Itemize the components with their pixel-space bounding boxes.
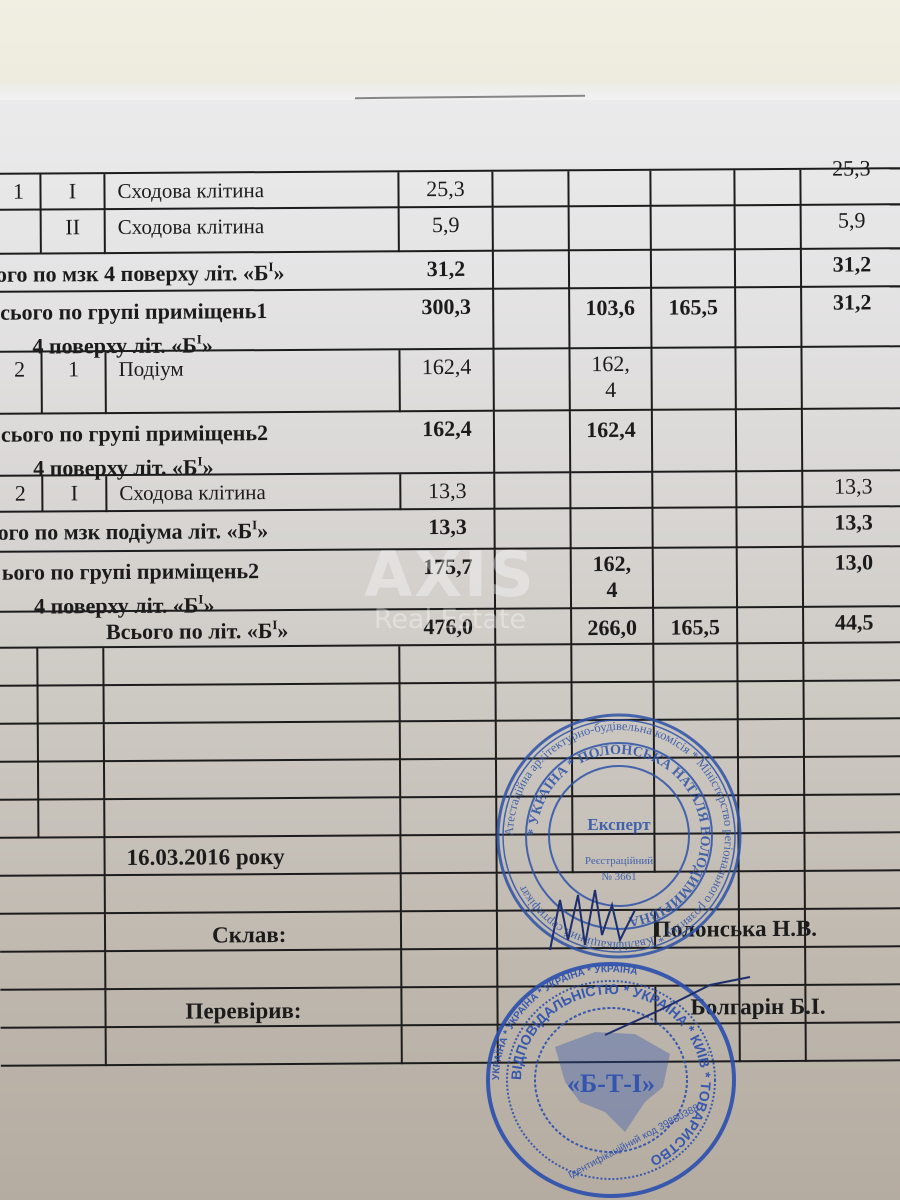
table-cell-border <box>653 683 655 721</box>
table-cell-border <box>571 797 573 835</box>
table-cell-border <box>492 252 494 290</box>
area-col-main: 162,4 <box>571 417 651 443</box>
area-total: 31,2 <box>400 256 492 283</box>
checked-name: Болгарін Б.І. <box>690 994 825 1021</box>
area-col-stair: 25,3 <box>801 155 900 182</box>
room-name: Сходова клітина <box>118 214 265 240</box>
table-cell-border <box>650 251 652 289</box>
summary-label-line1: сього по групі приміщень1 <box>0 296 394 326</box>
area-col-aux: 165,5 <box>652 294 734 321</box>
table-row: 21Подіум162,4162,4 <box>0 345 900 415</box>
room-name: Подіум <box>119 357 184 382</box>
area-total: 162,4 <box>400 354 492 381</box>
group-number: 1 <box>0 179 40 205</box>
table-cell-border <box>494 610 496 646</box>
table-cell-border <box>103 838 105 876</box>
table-cell-border <box>734 288 736 348</box>
table-cell-border <box>495 760 497 798</box>
table-cell-border <box>805 1024 807 1062</box>
table-cell-border <box>649 171 651 207</box>
area-total: 13,3 <box>401 478 493 505</box>
table-cell-border <box>803 682 805 720</box>
table-cell-border <box>653 797 655 835</box>
table-cell-border <box>399 722 401 760</box>
table-cell-border <box>734 348 736 410</box>
table-cell-border <box>734 206 736 250</box>
table-cell-border <box>569 473 571 509</box>
table-cell-border <box>735 410 737 472</box>
table-cell-border <box>652 645 654 683</box>
table-cell-border <box>400 912 402 950</box>
area-col-stair: 31,2 <box>802 251 900 278</box>
table-cell-border <box>654 987 656 1025</box>
table-cell-border <box>103 686 105 724</box>
table-cell-border <box>738 948 740 986</box>
table-cell-border <box>737 682 739 720</box>
table-cell-border <box>493 412 495 474</box>
table-cell-border <box>496 988 498 1026</box>
table-cell-border <box>103 724 105 762</box>
table-cell-border <box>571 835 573 873</box>
table-cell-border <box>496 912 498 950</box>
room-number: I <box>41 178 103 204</box>
table-cell-border <box>495 836 497 874</box>
table-cell-border <box>803 720 805 758</box>
table-cell-border <box>493 510 495 550</box>
compiled-label: Склав: <box>212 922 287 948</box>
table-cell-border <box>105 1028 107 1066</box>
table-cell-border <box>492 350 494 412</box>
table-cell-border <box>495 684 497 722</box>
area-col-main-line1: 162, <box>570 351 650 377</box>
table-cell-border <box>37 801 39 839</box>
area-total: 25,3 <box>399 176 491 203</box>
area-total: 476,0 <box>402 614 494 641</box>
table-cell-border <box>735 508 737 548</box>
table-cell-border <box>803 834 805 872</box>
summary-label-line1: ього по групі приміщень2 <box>0 556 396 586</box>
table-cell-border <box>652 549 654 609</box>
table-cell-border <box>399 684 401 722</box>
area-col-main-line2: 4 <box>572 577 652 603</box>
table-cell-border <box>495 798 497 836</box>
table-cell-border <box>650 207 652 251</box>
room-name: Сходова клітина <box>119 480 266 506</box>
area-total: 5,9 <box>400 212 492 239</box>
summary-label: ого по мзк 4 поверху літ. «БI» <box>0 258 394 287</box>
table-cell-border <box>650 349 652 411</box>
group-number: 2 <box>0 356 41 382</box>
area-col-stair: 13,3 <box>803 509 900 536</box>
table-cell-border <box>104 952 106 990</box>
table-cell-border <box>737 758 739 796</box>
table-cell-border <box>734 250 736 288</box>
table-cell-border <box>104 352 106 414</box>
area-table: 1IСходова клітина25,325,3IIСходова кліти… <box>0 167 900 173</box>
table-cell-border <box>400 988 402 1026</box>
table-cell-border <box>739 1024 741 1062</box>
table-cell-border <box>399 798 401 836</box>
table-cell-border <box>737 796 739 834</box>
table-cell-border <box>801 410 803 472</box>
table-cell-border <box>104 914 106 952</box>
table-cell-border <box>802 644 804 682</box>
area-col-stair: 31,2 <box>802 289 900 316</box>
checked-label: Перевірив: <box>185 998 301 1025</box>
footer-date: 16.03.2016 року <box>126 844 284 871</box>
table-cell-border <box>102 648 104 686</box>
compiled-name: Полонська Н.В. <box>653 916 817 943</box>
area-col-main: 103,6 <box>570 295 650 321</box>
table-cell-border <box>804 948 806 986</box>
table-cell-border <box>494 646 496 684</box>
area-col-stair: 13,0 <box>804 549 900 576</box>
table-cell-border <box>568 251 570 289</box>
table-row: сього по групі приміщень14 поверху літ. … <box>0 285 900 353</box>
summary-label-line1: сього по групі приміщень2 <box>0 418 395 448</box>
table-cell-border <box>736 608 738 644</box>
area-col-main-line1: 162, <box>572 551 652 577</box>
table-row: IIСходова клітина5,95,9 <box>0 203 900 255</box>
table-row: сього по групі приміщень24 поверху літ. … <box>0 407 900 477</box>
table-cell-border <box>37 687 39 725</box>
table-cell-border <box>36 649 38 687</box>
area-total: 162,4 <box>401 416 493 443</box>
table-cell-border <box>104 210 106 254</box>
table-cell-border <box>496 874 498 912</box>
table-cell-border <box>496 950 498 988</box>
area-total: 13,3 <box>401 514 493 541</box>
table-cell-border <box>497 1026 499 1064</box>
table-cell-border <box>651 509 653 549</box>
area-col-main: 266,0 <box>572 615 652 641</box>
group-number: 2 <box>0 480 41 506</box>
table-cell-border <box>400 950 402 988</box>
area-col-aux: 165,5 <box>654 614 736 641</box>
table-cell-border <box>398 646 400 684</box>
table-cell-border <box>567 171 569 207</box>
table-cell-border <box>495 722 497 760</box>
table-cell-border <box>738 872 740 910</box>
table-cell-border <box>653 759 655 797</box>
table-cell-border <box>105 476 107 512</box>
room-name: Сходова клітина <box>117 178 264 204</box>
table-cell-border <box>736 548 738 608</box>
table-cell-border <box>492 208 494 252</box>
table-cell-border <box>651 473 653 509</box>
table-cell-border <box>399 836 401 874</box>
table-cell-border <box>104 990 106 1028</box>
room-number: II <box>42 214 104 240</box>
table-cell-border <box>736 644 738 682</box>
area-col-stair: 5,9 <box>802 207 900 234</box>
table-cell-border <box>735 472 737 508</box>
table-cell-border <box>570 645 572 683</box>
table-cell-border <box>804 872 806 910</box>
area-col-stair: 13,3 <box>803 473 900 500</box>
table-cell-border <box>103 174 105 210</box>
summary-label: Всього по літ. «БI» <box>0 616 396 645</box>
table-cell-border <box>653 721 655 759</box>
table-cell-border <box>651 411 653 473</box>
table-cell-border <box>803 796 805 834</box>
table-cell-border <box>569 509 571 549</box>
table-cell-border <box>571 683 573 721</box>
table-cell-border <box>653 835 655 873</box>
area-col-stair: 44,5 <box>804 609 900 636</box>
table-cell-border <box>104 876 106 914</box>
table-cell-border <box>103 762 105 800</box>
area-col-main-line2: 4 <box>571 377 651 403</box>
table-cell-border <box>733 170 735 206</box>
room-number: I <box>43 480 105 506</box>
area-total: 300,3 <box>400 294 492 321</box>
table-cell-border <box>737 834 739 872</box>
table-cell-border <box>803 758 805 796</box>
document-sheet: 1IСходова клітина25,325,3IIСходова кліти… <box>0 0 900 1200</box>
table-cell-border <box>571 721 573 759</box>
table-cell-border <box>401 1026 403 1064</box>
table-cell-border <box>568 207 570 251</box>
table-row: ього по групі приміщень24 поверху літ. «… <box>0 545 900 613</box>
area-total: 175,7 <box>402 554 494 581</box>
table-cell-border <box>400 874 402 912</box>
table-cell-border <box>37 763 39 801</box>
table-cell-border <box>103 800 105 838</box>
table-cell-border <box>492 290 494 350</box>
table-cell-border <box>491 172 493 208</box>
table-cell-border <box>800 348 802 410</box>
summary-label: ого по мзк подіума літ. «БI» <box>0 516 396 545</box>
room-number: 1 <box>43 356 105 382</box>
table-cell-border <box>494 550 496 610</box>
table-cell-border <box>571 759 573 797</box>
table-cell-border <box>37 725 39 763</box>
table-cell-border <box>399 760 401 798</box>
table-cell-border <box>493 474 495 510</box>
table-cell-border <box>737 720 739 758</box>
